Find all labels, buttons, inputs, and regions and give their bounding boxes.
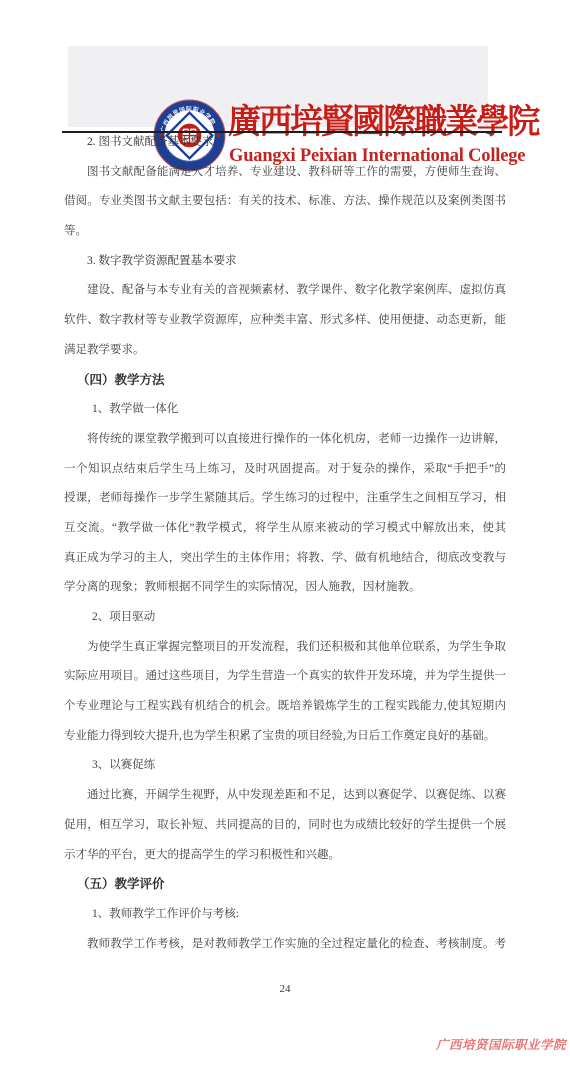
- page-number: 24: [0, 983, 570, 995]
- bold-heading: （四）教学方法: [64, 366, 506, 396]
- paragraph-line: 软件、数字教材等专业教学资源库，应种类丰富、形式多样、使用便捷、动态更新，能: [64, 306, 506, 336]
- document-body: 2. 图书文献配备基本要求图书文献配备能满足人才培养、专业建设、教科研等工作的需…: [64, 128, 506, 959]
- sub-heading: 1、教师教学工作评价与考核:: [64, 900, 506, 930]
- paragraph-line: 满足教学要求。: [64, 336, 506, 366]
- paragraph-line: 示才华的平台，更大的提高学生的学习积极性和兴趣。: [64, 841, 506, 871]
- num-heading: 3. 数字教学资源配置基本要求: [64, 247, 506, 277]
- paragraph-line: 学分离的现象；教师根据不同学生的实际情况，因人施教，因材施教。: [64, 573, 506, 603]
- paragraph-line: 教师教学工作考核，是对教师教学工作实施的全过程定量化的检查、考核制度。考: [64, 930, 506, 960]
- paragraph-line: 实际应用项目。通过这些项目，为学生营造一个真实的软件开发环境，并为学生提供一: [64, 662, 506, 692]
- paragraph-line: 授课，老师每操作一步学生紧随其后。学生练习的过程中，注重学生之间相互学习，相: [64, 484, 506, 514]
- paragraph-line: 借阅。专业类图书文献主要包括：有关的技术、标准、方法、操作规范以及案例类图书: [64, 187, 506, 217]
- paragraph-line: 专业能力得到较大提升,也为学生积累了宝贵的项目经验,为日后工作奠定良好的基础。: [64, 722, 506, 752]
- paragraph-line: 真正成为学习的主人，突出学生的主体作用；将教、学、做有机地结合，彻底改变教与: [64, 544, 506, 574]
- num-heading: 2. 图书文献配备基本要求: [64, 128, 506, 158]
- paragraph-line: 为使学生真正掌握完整项目的开发流程，我们还积极和其他单位联系，为学生争取: [64, 633, 506, 663]
- paragraph-line: 一个知识点结束后学生马上练习，及时巩固提高。对于复杂的操作，采取“手把手”的: [64, 455, 506, 485]
- paragraph-line: 通过比赛，开阔学生视野，从中发现差距和不足，达到以赛促学、以赛促练、以赛: [64, 781, 506, 811]
- paragraph-line: 互交流。“教学做一体化”教学模式，将学生从原来被动的学习模式中解放出来，使其: [64, 514, 506, 544]
- sub-heading: 3、以赛促练: [64, 751, 506, 781]
- college-watermark: 广西培贤国际职业学院: [436, 1035, 566, 1053]
- paragraph-line: 建设、配备与本专业有关的音视频素材、教学课件、数字化教学案例库、虚拟仿真: [64, 276, 506, 306]
- sub-heading: 1、教学做一体化: [64, 395, 506, 425]
- bold-heading: （五）教学评价: [64, 870, 506, 900]
- paragraph-line: 等。: [64, 217, 506, 247]
- sub-heading: 2、项目驱动: [64, 603, 506, 633]
- paragraph-line: 将传统的课堂教学搬到可以直接进行操作的一体化机房，老师一边操作一边讲解，: [64, 425, 506, 455]
- paragraph-line: 促用，相互学习，取长补短、共同提高的目的，同时也为成绩比较好的学生提供一个展: [64, 811, 506, 841]
- scanned-document-page: { "header": { "college_name_zh": "廣西培賢國際…: [0, 0, 570, 1080]
- paragraph-line: 个专业理论与工程实践有机结合的机会。既培养锻炼学生的工程实践能力,使其短期内: [64, 692, 506, 722]
- header-band: 广西培贤国际职业学院 GUANGXI PEIXIAN INTERNATIONAL…: [68, 46, 488, 127]
- paragraph-line: 图书文献配备能满足人才培养、专业建设、教科研等工作的需要，方便师生查询、: [64, 158, 506, 188]
